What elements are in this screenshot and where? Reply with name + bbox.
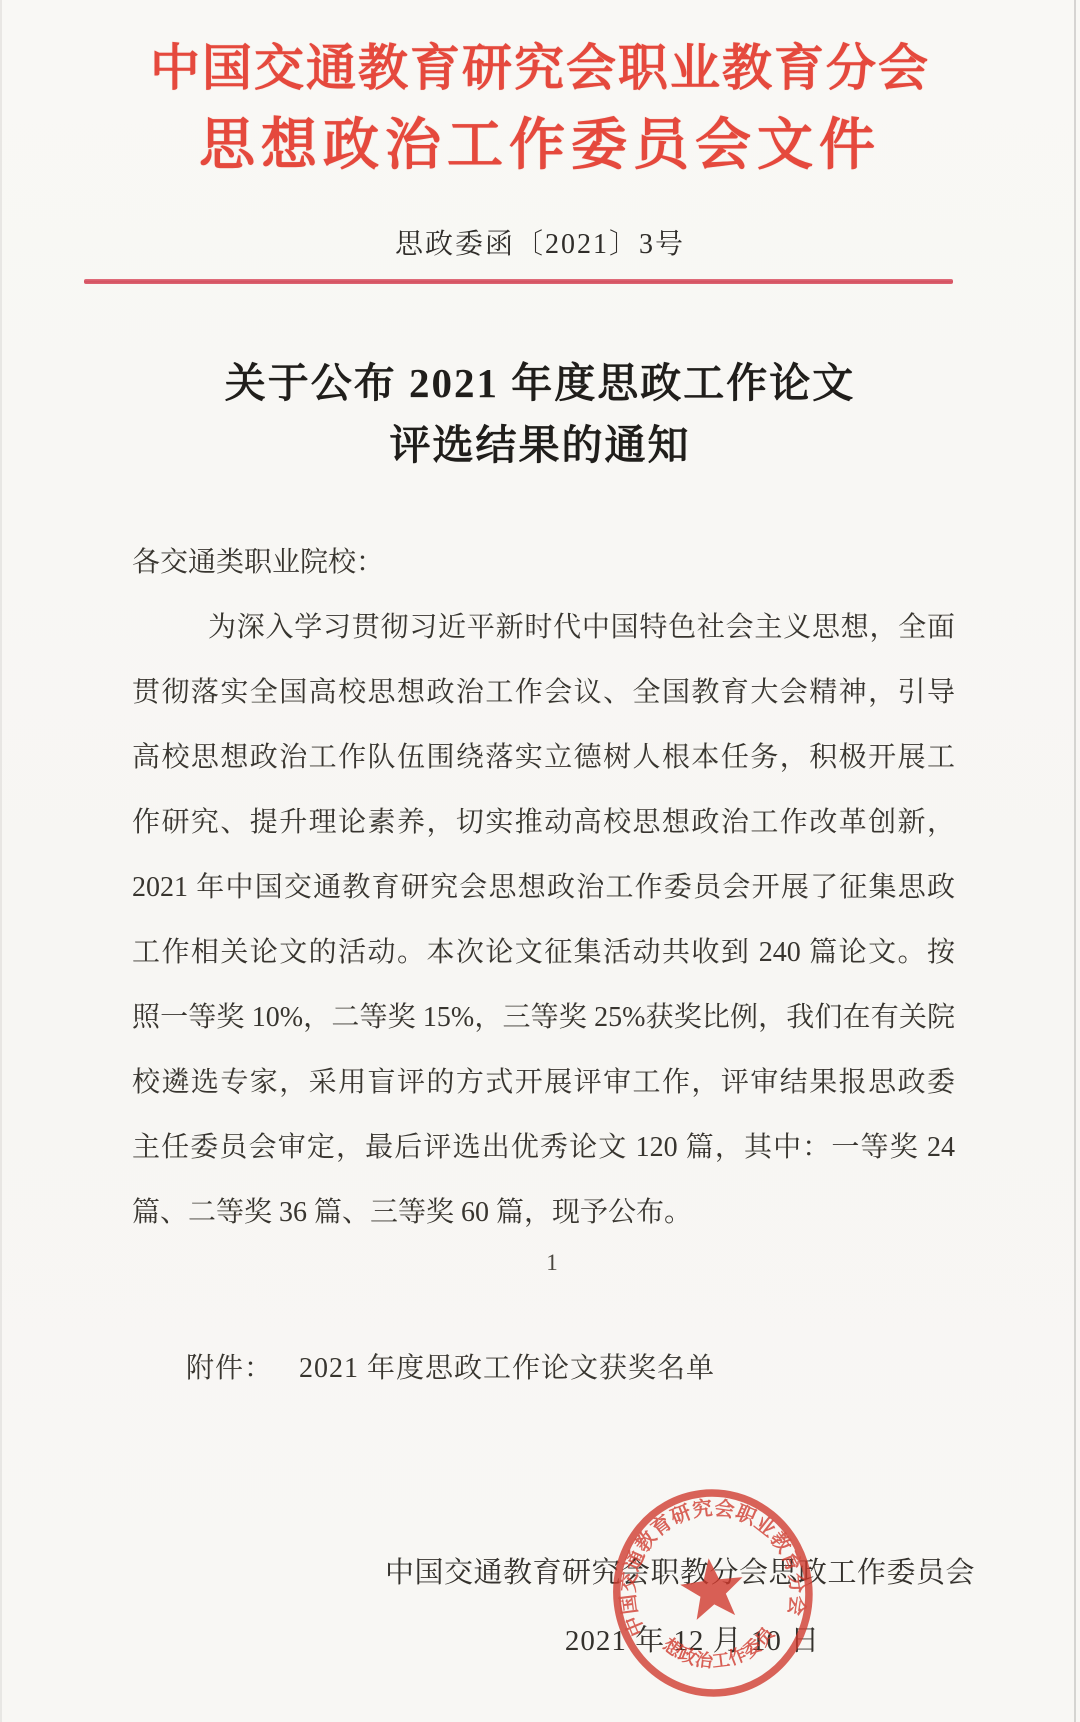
seal-star-icon <box>677 1554 747 1621</box>
attachment-title: 2021 年度思政工作论文获奖名单 <box>299 1353 715 1384</box>
body-line: 2021 年中国交通教育研究会思想政治工作委员会开展了征集思政 <box>132 855 955 920</box>
body-line: 校遴选专家，采用盲评的方式开展评审工作，评审结果报思政委 <box>132 1050 955 1115</box>
salutation-line: 各交通类职业院校： <box>132 530 955 595</box>
red-divider-rule <box>84 279 953 284</box>
document-reference-number: 思政委函〔2021〕3号 <box>0 222 1080 262</box>
body-line: 照一等奖 10%，二等奖 15%，三等奖 25%获奖比例，我们在有关院 <box>132 985 955 1050</box>
letterhead-org-line-1: 中国交通教育研究会职业教育分会 <box>0 38 1080 98</box>
body-line: 主任委员会审定，最后评选出优秀论文 120 篇，其中：一等奖 24 <box>132 1115 955 1180</box>
scanned-official-document: 中国交通教育研究会职业教育分会 思想政治工作委员会文件 思政委函〔2021〕3号… <box>0 0 1080 1722</box>
notice-title-line-1: 关于公布 2021 年度思政工作论文 <box>0 352 1080 414</box>
body-line: 作研究、提升理论素养，切实推动高校思想政治工作改革创新， <box>132 790 955 855</box>
document-body: 各交通类职业院校： 为深入学习贯彻习近平新时代中国特色社会主义思想，全面 贯彻落… <box>132 530 955 1245</box>
official-red-seal-stamp: 中国交通教育研究会职业教育分会 思想政治工作委员会 <box>597 1475 830 1713</box>
body-line: 为深入学习贯彻习近平新时代中国特色社会主义思想，全面 <box>132 595 955 660</box>
body-line: 贯彻落实全国高校思想政治工作会议、全国教育大会精神，引导 <box>132 660 955 725</box>
body-line: 篇、二等奖 36 篇、三等奖 60 篇，现予公布。 <box>132 1180 955 1245</box>
letterhead-org-line-2: 思想政治工作委员会文件 <box>0 112 1080 180</box>
notice-title: 关于公布 2021 年度思政工作论文 评选结果的通知 <box>0 352 1080 476</box>
page-number: 1 <box>132 1250 972 1276</box>
body-line: 工作相关论文的活动。本次论文征集活动共收到 240 篇论文。按 <box>132 920 955 985</box>
notice-title-line-2: 评选结果的通知 <box>0 414 1080 476</box>
body-line: 高校思想政治工作队伍围绕落实立德树人根本任务，积极开展工 <box>132 725 955 790</box>
attachment-label: 附件： <box>186 1353 273 1384</box>
attachment-line: 附件：2021 年度思政工作论文获奖名单 <box>186 1346 715 1386</box>
